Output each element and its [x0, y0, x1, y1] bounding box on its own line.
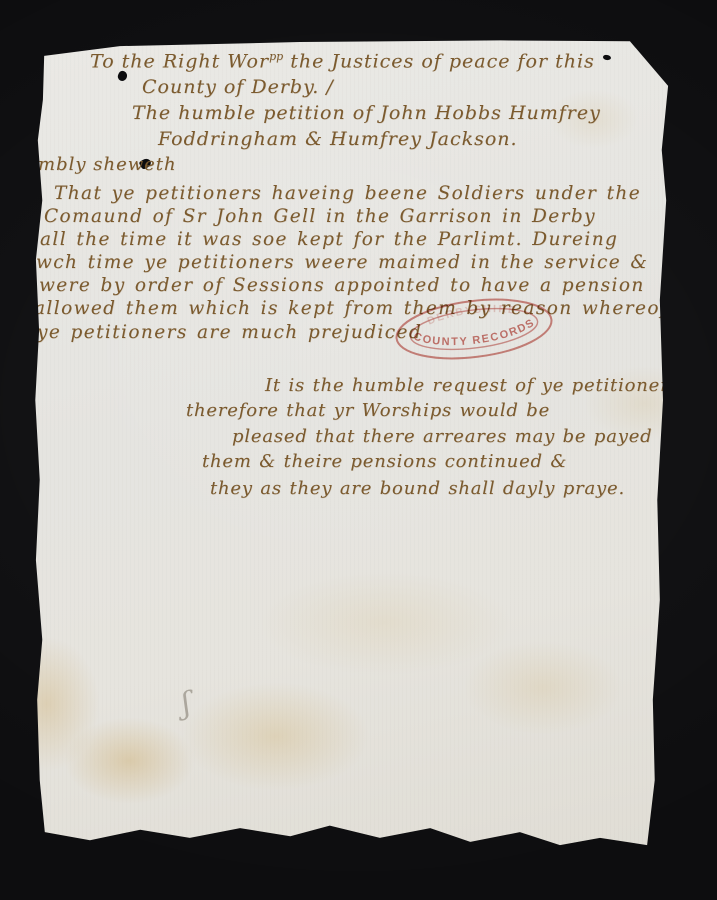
- request-line: pleased that there arreares may be payed: [232, 426, 653, 447]
- heading-superscript: pp: [269, 50, 283, 63]
- paper-hole: [603, 54, 612, 60]
- request-line: It is the humble request of ye petitione…: [265, 375, 680, 396]
- stamp-top-text: DERBYSHIRE: [425, 299, 519, 328]
- heading-line-1-post: the Justices of peace for this: [283, 50, 595, 72]
- request-line: therefore that yr Worships would be: [186, 400, 550, 421]
- request-line: they as they are bound shall dayly praye…: [210, 478, 625, 499]
- photo-background: ʃ To the Right Worpp the Justices of pea…: [0, 0, 717, 900]
- heading-line-2: County of Derby. /: [142, 76, 334, 98]
- heading-line-4: Foddringham & Humfrey Jackson.: [158, 128, 518, 150]
- manuscript-page: ʃ To the Right Worpp the Justices of pea…: [34, 38, 670, 850]
- petition-line: ye petitioners are much prejudiced: [37, 322, 422, 343]
- petition-line: all the time it was soe kept for the Par…: [40, 229, 618, 250]
- margin-note: mbly sheweth: [38, 154, 177, 175]
- heading-line-1: To the Right Worpp the Justices of peace…: [90, 50, 595, 72]
- faint-ink-smudge: ʃ: [179, 686, 193, 722]
- petition-line: allowed them which is kept from them by …: [34, 298, 668, 319]
- petition-line: Comaund of Sr John Gell in the Garrison …: [44, 206, 596, 227]
- heading-line-3: The humble petition of John Hobbs Humfre…: [132, 102, 601, 124]
- heading-line-1-pre: To the Right Wor: [90, 50, 269, 72]
- petition-line: That ye petitioners haveing beene Soldie…: [54, 183, 641, 204]
- petition-line: wch time ye petitioners weere maimed in …: [36, 252, 648, 273]
- request-line: them & theire pensions continued &: [202, 451, 567, 472]
